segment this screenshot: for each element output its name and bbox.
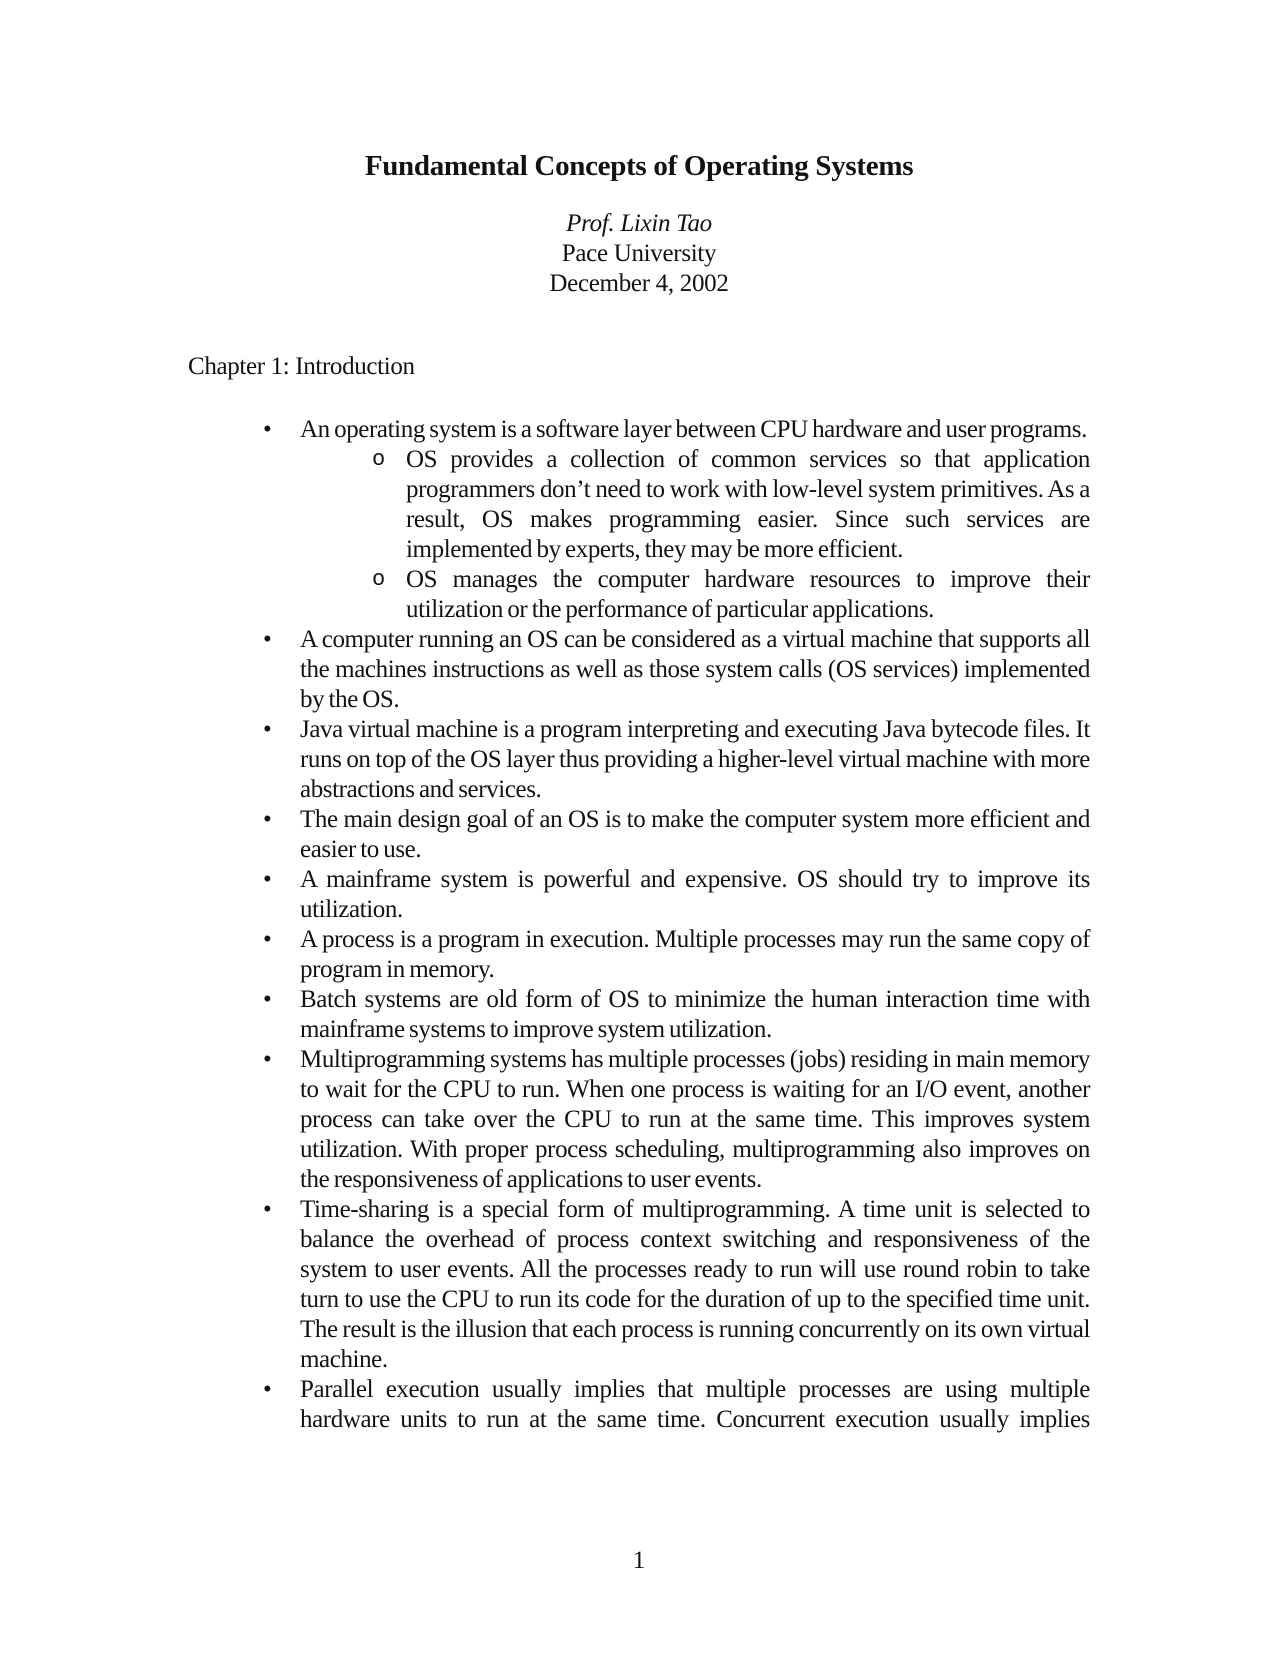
bullet-list: • An operating system is a software laye…: [188, 415, 1090, 1435]
bullet-icon: •: [263, 1195, 271, 1225]
doc-date: December 4, 2002: [188, 269, 1090, 299]
bullet-icon: •: [263, 415, 271, 445]
bullet-text: OS provides a collection of common servi…: [406, 446, 1090, 563]
bullet-text: A process is a program in execution. Mul…: [300, 926, 1090, 983]
bullet-item: • A computer running an OS can be consid…: [188, 625, 1090, 715]
byline-block: Prof. Lixin Tao Pace University December…: [188, 209, 1090, 299]
bullet-item: • An operating system is a software laye…: [188, 415, 1090, 445]
bullet-item: • Multiprogramming systems has multiple …: [188, 1045, 1090, 1195]
circle-bullet-icon: o: [372, 445, 385, 475]
bullet-item: • A mainframe system is powerful and exp…: [188, 865, 1090, 925]
bullet-item: • A process is a program in execution. M…: [188, 925, 1090, 985]
bullet-icon: •: [263, 925, 271, 955]
bullet-item: • Parallel execution usually implies tha…: [188, 1375, 1090, 1435]
bullet-text: An operating system is a software layer …: [300, 416, 1087, 443]
bullet-item: • Java virtual machine is a program inte…: [188, 715, 1090, 805]
bullet-item: • Time-sharing is a special form of mult…: [188, 1195, 1090, 1375]
affiliation: Pace University: [188, 239, 1090, 269]
bullet-text: Java virtual machine is a program interp…: [300, 716, 1090, 803]
sub-bullet-item: o OS provides a collection of common ser…: [188, 445, 1090, 565]
bullet-text: A computer running an OS can be consider…: [300, 626, 1090, 713]
bullet-text: Parallel execution usually implies that …: [300, 1376, 1090, 1433]
bullet-text: A mainframe system is powerful and expen…: [300, 866, 1090, 923]
bullet-icon: •: [263, 865, 271, 895]
page-title: Fundamental Concepts of Operating System…: [188, 148, 1090, 184]
bullet-icon: •: [263, 1045, 271, 1075]
bullet-icon: •: [263, 805, 271, 835]
page-number: 1: [188, 1546, 1090, 1576]
bullet-item: • The main design goal of an OS is to ma…: [188, 805, 1090, 865]
bullet-text: OS manages the computer hardware resourc…: [406, 566, 1090, 623]
bullet-icon: •: [263, 985, 271, 1015]
bullet-text: Multiprogramming systems has multiple pr…: [300, 1046, 1090, 1193]
sub-bullet-item: o OS manages the computer hardware resou…: [188, 565, 1090, 625]
document-page: Fundamental Concepts of Operating System…: [0, 0, 1280, 1656]
author-name: Prof. Lixin Tao: [188, 209, 1090, 239]
section-heading: Chapter 1: Introduction: [188, 352, 1090, 382]
bullet-text: Batch systems are old form of OS to mini…: [300, 986, 1090, 1043]
bullet-text: Time-sharing is a special form of multip…: [300, 1196, 1090, 1373]
bullet-item: • Batch systems are old form of OS to mi…: [188, 985, 1090, 1045]
bullet-icon: •: [263, 715, 271, 745]
bullet-text: The main design goal of an OS is to make…: [300, 806, 1090, 863]
bullet-icon: •: [263, 1375, 271, 1405]
bullet-icon: •: [263, 625, 271, 655]
circle-bullet-icon: o: [372, 565, 385, 595]
